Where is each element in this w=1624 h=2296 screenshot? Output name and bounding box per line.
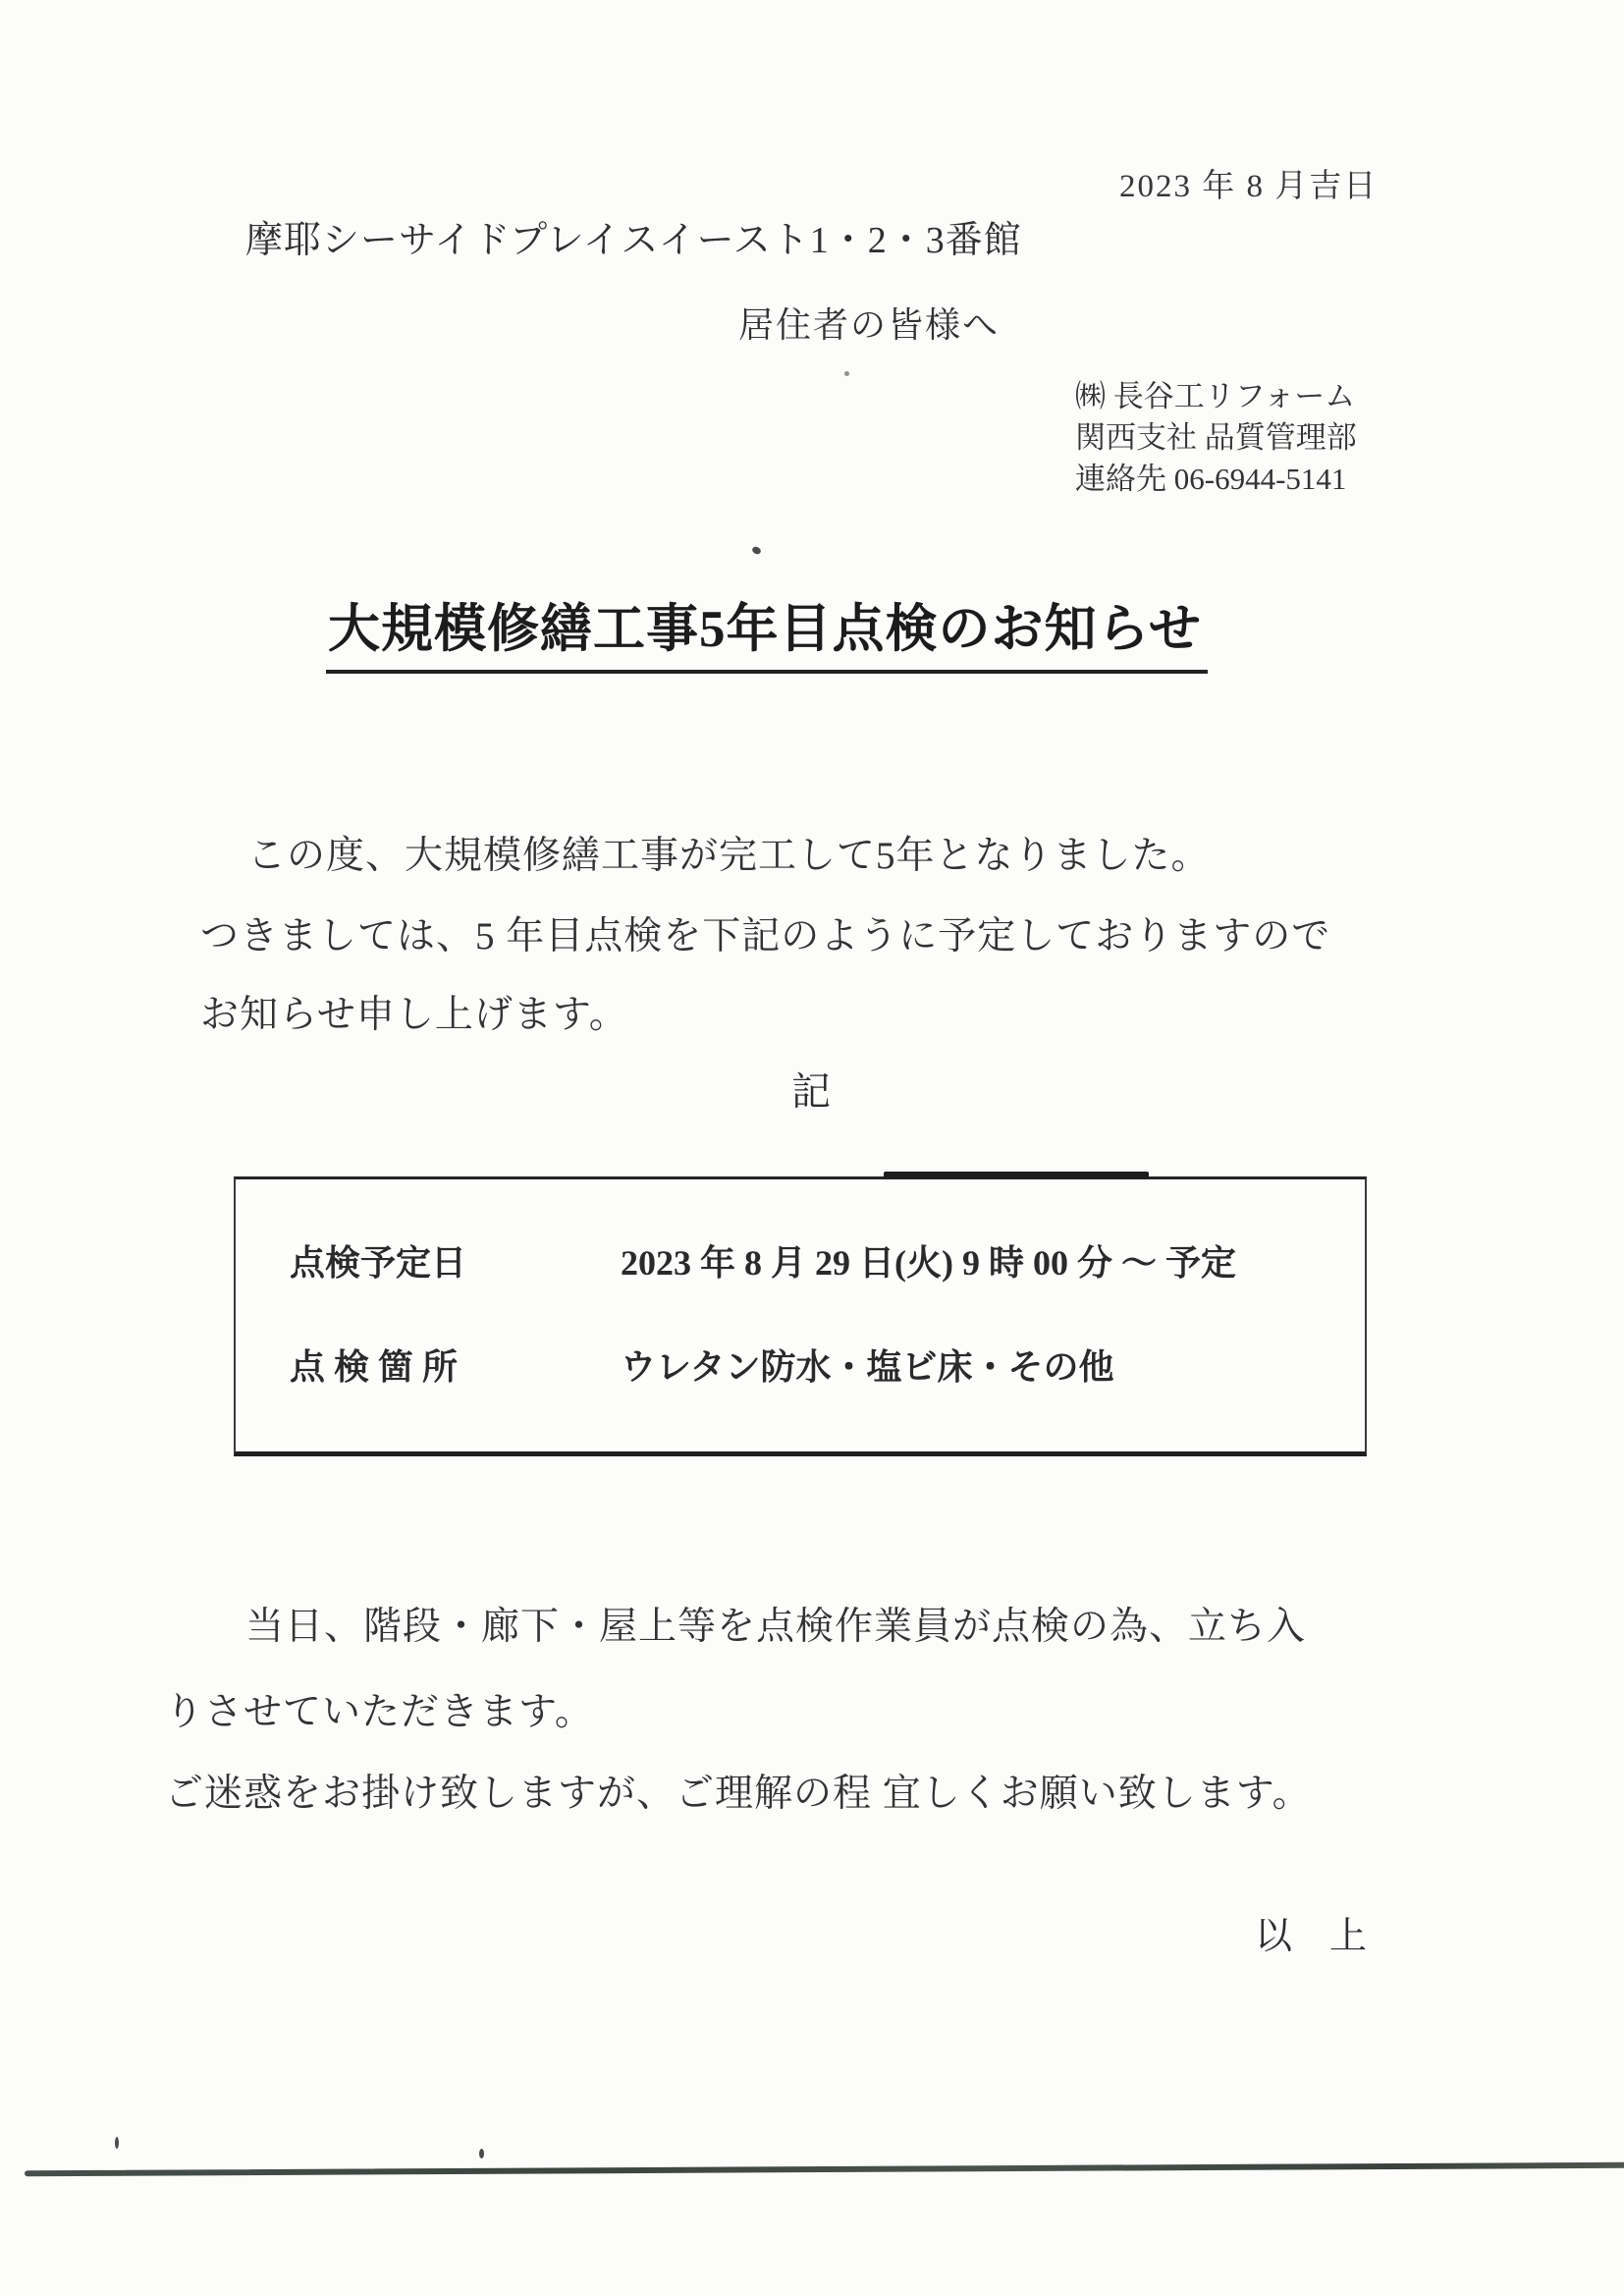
closing-line-3: ご迷惑をお掛け致しますが、ご理解の程 宜しくお願い致します。 [165,1763,1312,1818]
document-title: 大規模修繕工事5年目点検のお知らせ [326,587,1208,674]
intro-line-3: お知らせ申し上げます。 [200,984,628,1039]
schedule-location-value: ウレタン防水・塩ビ床・その他 [621,1339,1114,1390]
scan-speck [751,545,762,555]
addressee-recipient: 居住者の皆様へ [738,298,1000,348]
scan-speck [479,2149,484,2159]
schedule-date-label: 点検予定日 [290,1243,466,1283]
scan-speck [844,371,849,376]
sender-contact: 連絡先 06-6944-5141 [1075,459,1357,500]
end-marker: 以 上 [1255,1905,1367,1959]
intro-line-1: この度、大規模修繕工事が完工して5年となりました。 [247,825,1211,880]
scan-artifact-line [25,2162,1624,2177]
schedule-box: 点検予定日 2023 年 8 月 29 日(火) 9 時 00 分 ～ 予定 点… [234,1176,1367,1456]
scan-speck [115,2137,119,2149]
schedule-location-label: 点 検 箇 所 [290,1347,458,1387]
sender-block: ㈱ 長谷工リフォーム 関西支社 品質管理部 連絡先 06-6944-5141 [1075,376,1357,500]
sender-company: ㈱ 長谷工リフォーム [1075,376,1357,417]
intro-line-2: つきましては、5 年目点検を下記のように予定しておりますので [200,905,1330,960]
schedule-row-location: 点 検 箇 所 ウレタン防水・塩ビ床・その他 [290,1339,458,1390]
sender-department: 関西支社 品質管理部 [1075,417,1357,459]
closing-line-2: りさせていただきます。 [165,1681,594,1736]
document-page: 2023 年 8 月吉日 摩耶シーサイドプレイスイースト1・2・3番館 居住者の… [0,0,1624,2296]
scan-smudge [884,1172,1149,1178]
addressee-building: 摩耶シーサイドプレイスイースト1・2・3番館 [245,209,1022,263]
closing-line-1: 当日、階段・廊下・屋上等を点検作業員が点検の為、立ち入 [245,1596,1306,1651]
document-title-text: 大規模修繕工事5年目点検のお知らせ [326,587,1208,674]
record-marker: 記 [0,1061,1624,1117]
issue-date: 2023 年 8 月吉日 [1119,160,1378,206]
schedule-row-date: 点検予定日 2023 年 8 月 29 日(火) 9 時 00 分 ～ 予定 [290,1235,466,1285]
schedule-date-value: 2023 年 8 月 29 日(火) 9 時 00 分 ～ 予定 [621,1235,1236,1285]
